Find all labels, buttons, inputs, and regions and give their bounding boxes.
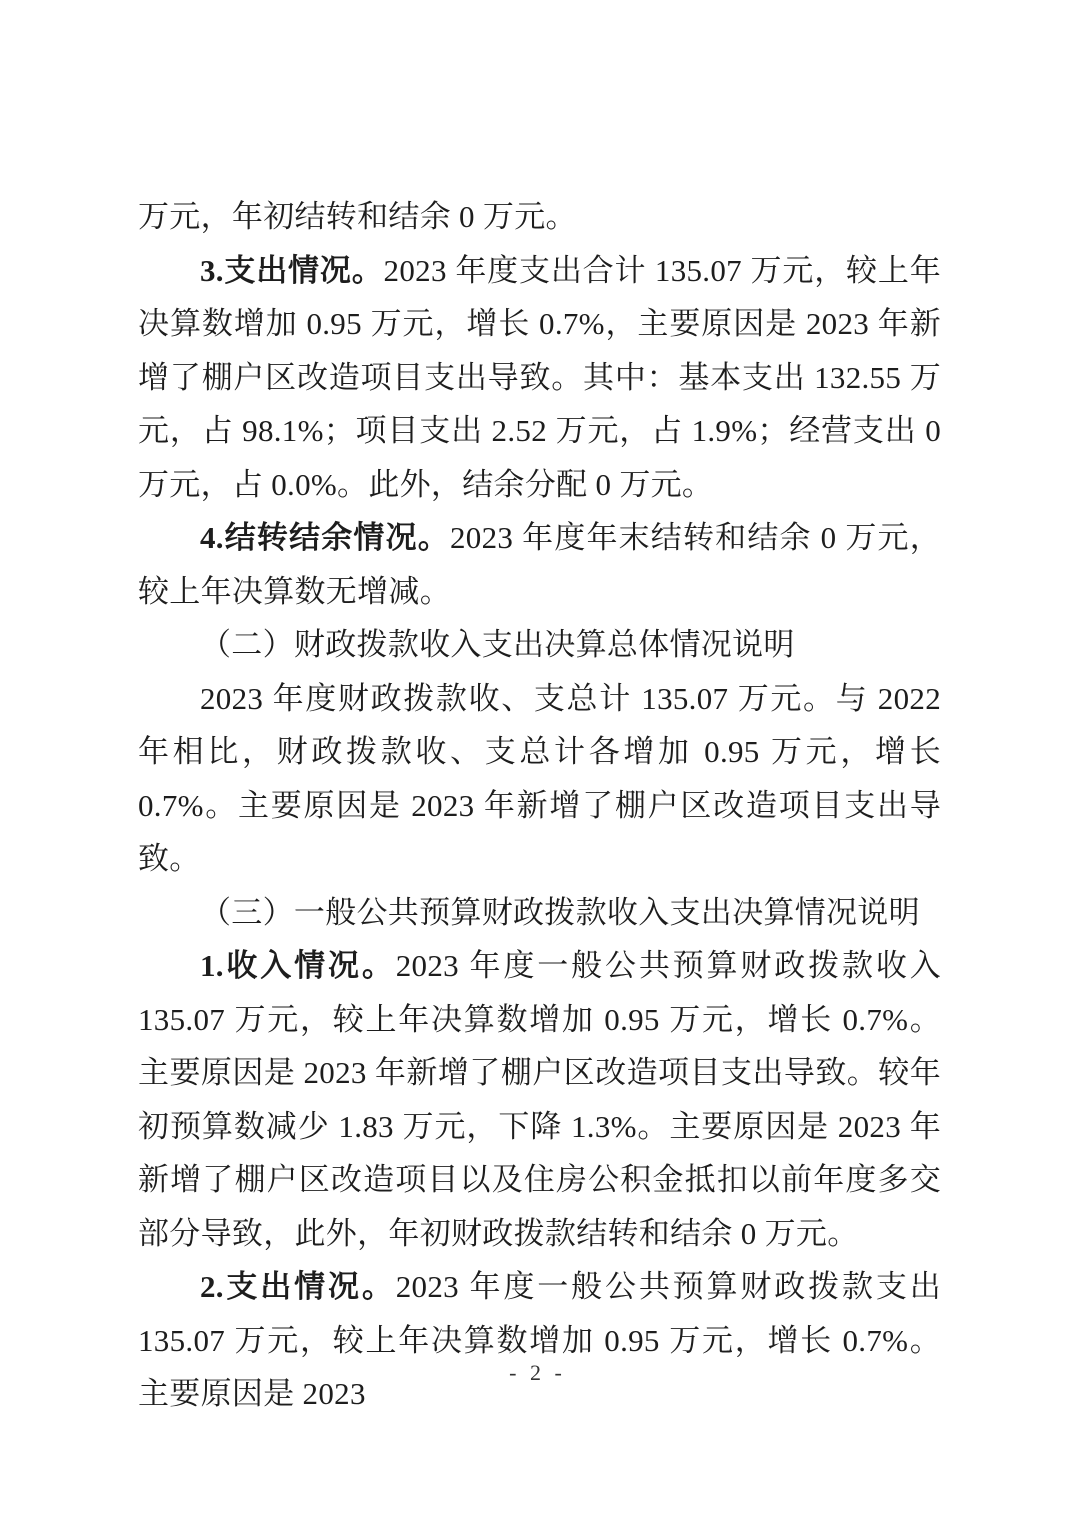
para-carryover-overview: 4.结转结余情况。2023 年度年末结转和结余 0 万元，较上年决算数无增减。	[138, 511, 941, 618]
heading-text: （三）一般公共预算财政拨款收入支出决算情况说明	[200, 895, 920, 930]
heading-section-three: （三）一般公共预算财政拨款收入支出决算情况说明	[138, 886, 941, 940]
paragraph-text: 2023 年度一般公共预算财政拨款收入 135.07 万元，较上年决算数增加 0…	[138, 948, 941, 1251]
paragraph-lead: 1.收入情况。	[200, 948, 396, 983]
paragraph-text: 2023 年度支出合计 135.07 万元，较上年决算数增加 0.95 万元，增…	[138, 253, 941, 502]
heading-text: （二）财政拨款收入支出决算总体情况说明	[200, 627, 795, 662]
paragraph-lead: 4.结转结余情况。	[200, 520, 450, 555]
document-body: 万元，年初结转和结余 0 万元。 3.支出情况。2023 年度支出合计 135.…	[138, 190, 941, 1421]
para-income-situation: 1.收入情况。2023 年度一般公共预算财政拨款收入 135.07 万元，较上年…	[138, 939, 941, 1260]
para-fiscal-appropriation-total: 2023 年度财政拨款收、支总计 135.07 万元。与 2022 年相比，财政…	[138, 672, 941, 886]
page-number: - 2 -	[0, 1360, 1075, 1386]
para-expenditure-overview: 3.支出情况。2023 年度支出合计 135.07 万元，较上年决算数增加 0.…	[138, 244, 941, 512]
document-page: 万元，年初结转和结余 0 万元。 3.支出情况。2023 年度支出合计 135.…	[0, 0, 1075, 1520]
para-continuation: 万元，年初结转和结余 0 万元。	[138, 190, 941, 244]
paragraph-lead: 3.支出情况。	[200, 253, 384, 288]
heading-section-two: （二）财政拨款收入支出决算总体情况说明	[138, 618, 941, 672]
paragraph-text: 2023 年度财政拨款收、支总计 135.07 万元。与 2022 年相比，财政…	[138, 681, 941, 877]
paragraph-lead: 2.支出情况。	[200, 1269, 396, 1304]
paragraph-text: 万元，年初结转和结余 0 万元。	[138, 199, 577, 234]
para-expenditure-budget: 2.支出情况。2023 年度一般公共预算财政拨款支出 135.07 万元，较上年…	[138, 1260, 941, 1421]
